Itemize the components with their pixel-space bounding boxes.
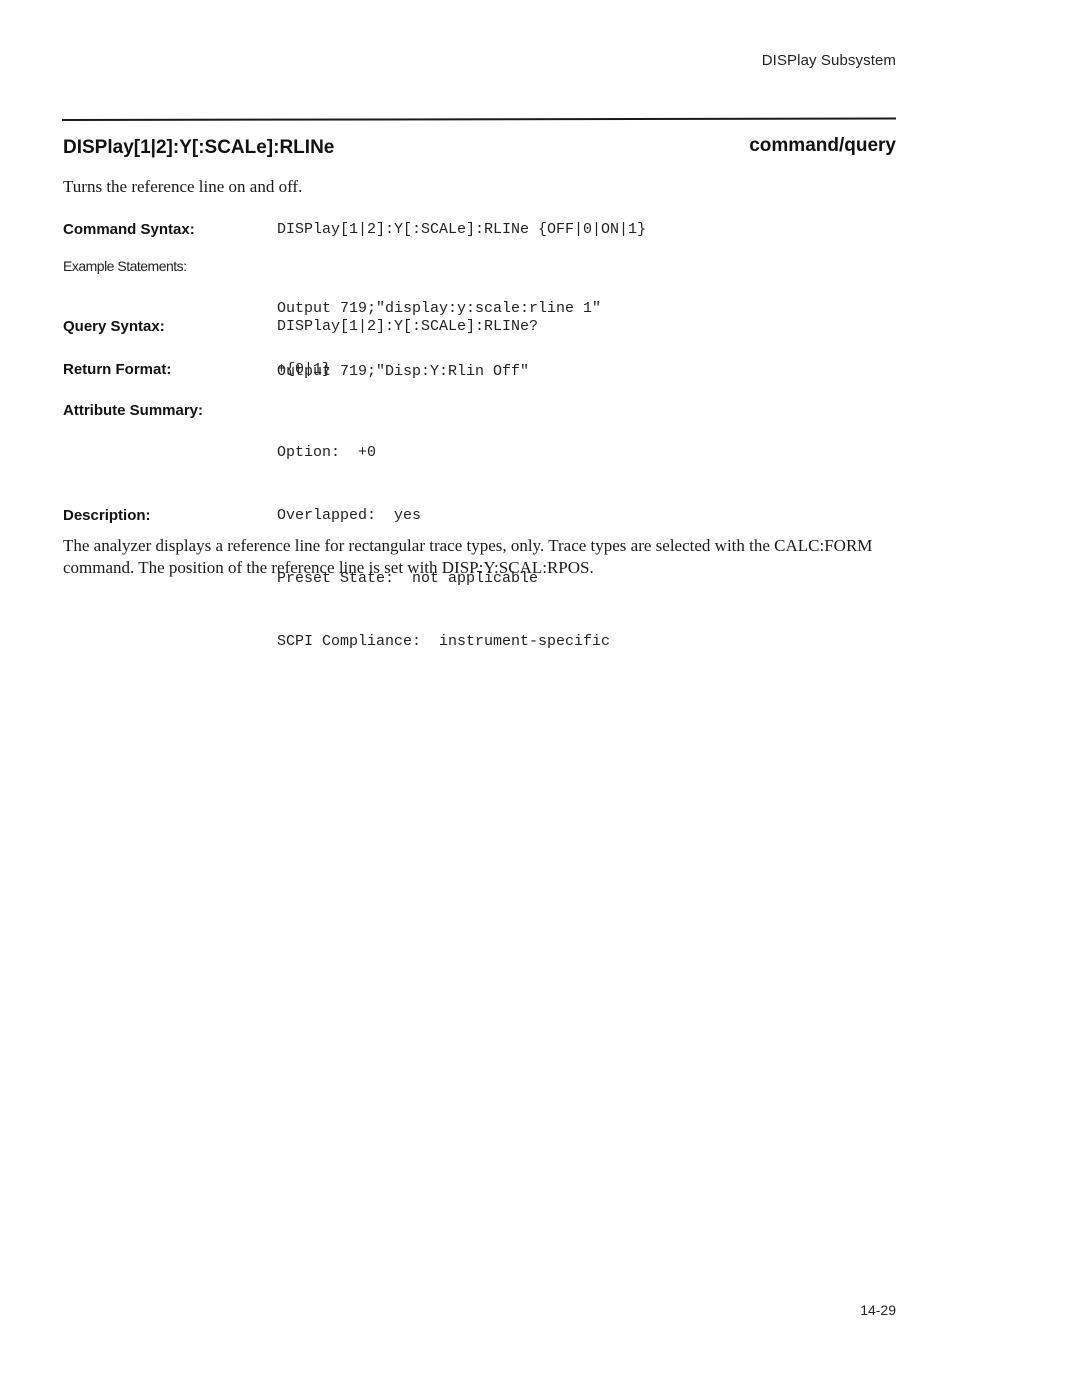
command-type: command/query (749, 135, 896, 157)
attribute-scpi-compliance: SCPI Compliance: instrument-specific (277, 631, 610, 652)
attribute-overlapped: Overlapped: yes (277, 505, 610, 526)
attribute-option: Option: +0 (277, 442, 610, 463)
command-syntax-label: Command Syntax: (63, 221, 195, 238)
query-syntax-value: DISPlay[1|2]:Y[:SCALe]:RLINe? (277, 316, 538, 337)
command-syntax-value: DISPlay[1|2]:Y[:SCALe]:RLINe {OFF|0|ON|1… (277, 219, 646, 240)
section-divider (62, 118, 896, 121)
command-summary: Turns the reference line on and off. (63, 177, 302, 197)
running-head: DISPlay Subsystem (762, 52, 896, 69)
return-format-label: Return Format: (63, 361, 171, 378)
example-statements-label: Example Statements: (63, 258, 187, 274)
command-title: DISPlay[1|2]:Y[:SCALe]:RLINe (63, 137, 334, 159)
description-text: The analyzer displays a reference line f… (63, 535, 903, 579)
page-number: 14-29 (860, 1302, 896, 1318)
attribute-summary-label: Attribute Summary: (63, 402, 203, 419)
return-format-value: +{0|1} (277, 359, 331, 380)
query-syntax-label: Query Syntax: (63, 318, 165, 335)
description-label: Description: (63, 507, 151, 524)
